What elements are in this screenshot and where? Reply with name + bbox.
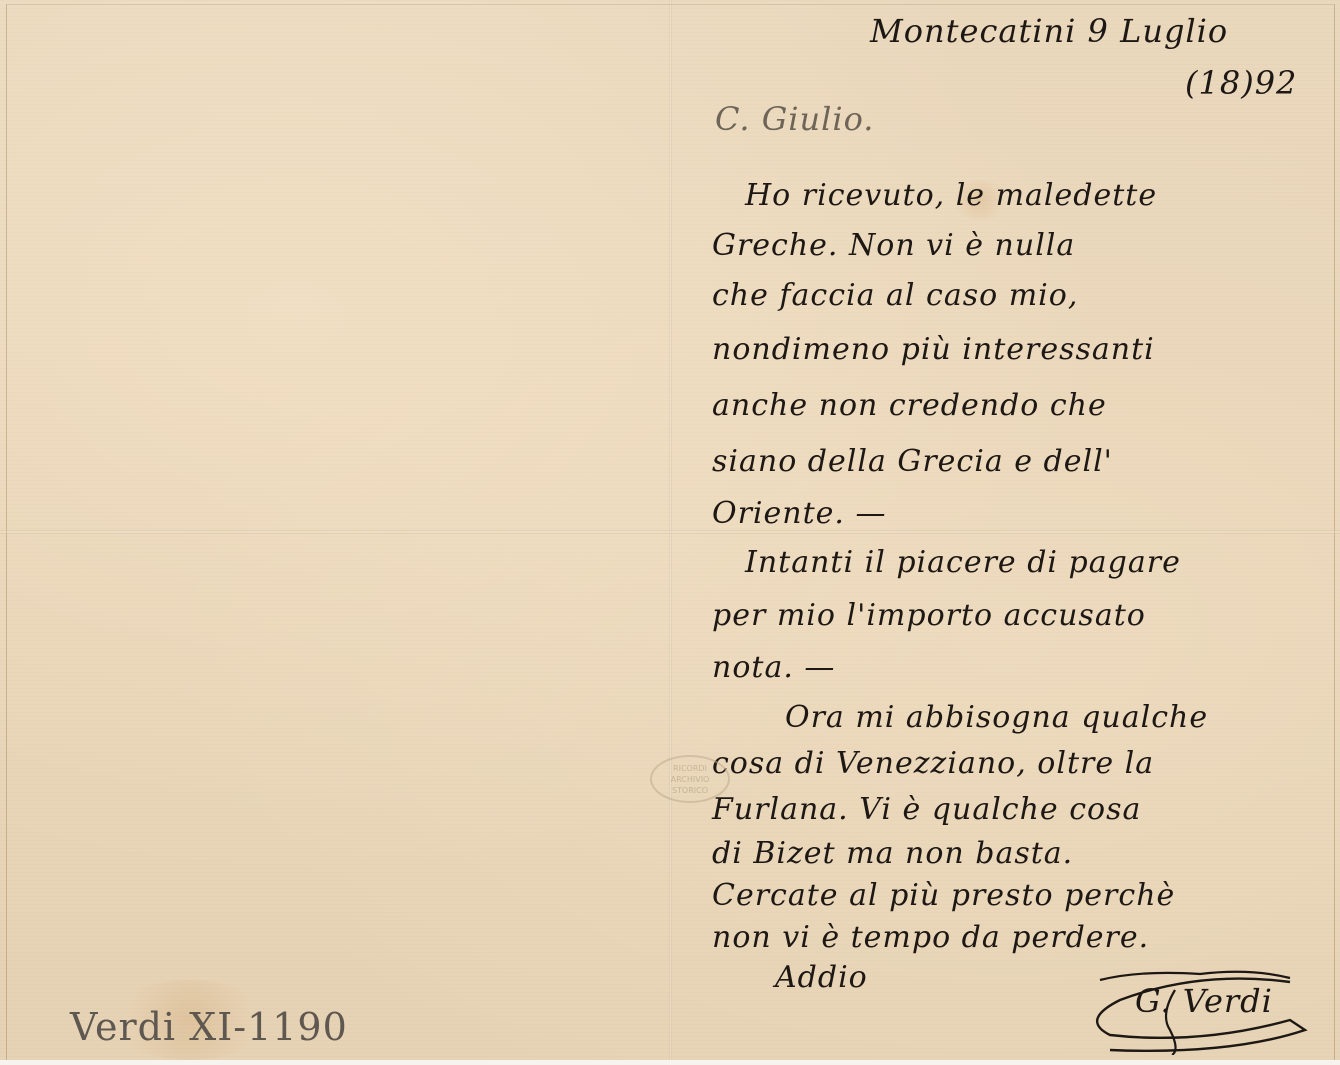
body-line: Greche. Non vi è nulla xyxy=(712,228,1075,263)
body-line: Intanti il piacere di pagare xyxy=(745,545,1181,580)
stamp-line: RICORDI xyxy=(652,763,728,774)
place-date: Montecatini 9 Luglio xyxy=(870,12,1228,50)
closing: Addio xyxy=(775,960,868,995)
body-line: siano della Grecia e dell' xyxy=(712,444,1113,479)
scan-edge xyxy=(0,1060,1340,1065)
body-line: Ora mi abbisogna qualche xyxy=(785,700,1208,735)
body-line: anche non credendo che xyxy=(712,388,1107,423)
body-line: non vi è tempo da perdere. xyxy=(712,920,1149,955)
body-line: nota. — xyxy=(712,650,835,685)
body-line: Ho ricevuto, le maledette xyxy=(745,178,1157,213)
body-line: Cercate al più presto perchè xyxy=(712,878,1175,913)
signature: G. Verdi xyxy=(1080,960,1310,1055)
body-line: per mio l'importo accusato xyxy=(712,598,1146,633)
archive-pencil-note: Verdi XI-1190 xyxy=(70,1005,348,1049)
archive-stamp: RICORDI ARCHIVIO STORICO xyxy=(650,755,730,803)
signature-text: G. Verdi xyxy=(1135,982,1273,1020)
stamp-line: ARCHIVIO xyxy=(652,774,728,785)
body-line: Furlana. Vi è qualche cosa xyxy=(712,792,1141,827)
salutation: C. Giulio. xyxy=(715,100,874,138)
body-line: cosa di Venezziano, oltre la xyxy=(712,746,1154,781)
body-line: che faccia al caso mio, xyxy=(712,278,1078,313)
body-line: di Bizet ma non basta. xyxy=(712,836,1073,871)
letter-sheet: Montecatini 9 Luglio (18)92 C. Giulio. H… xyxy=(0,0,1340,1065)
body-line: Oriente. — xyxy=(712,496,887,531)
stamp-line: STORICO xyxy=(652,785,728,796)
year: (18)92 xyxy=(1185,64,1297,102)
body-line: nondimeno più interessanti xyxy=(712,332,1155,367)
horizontal-fold xyxy=(0,530,1340,534)
